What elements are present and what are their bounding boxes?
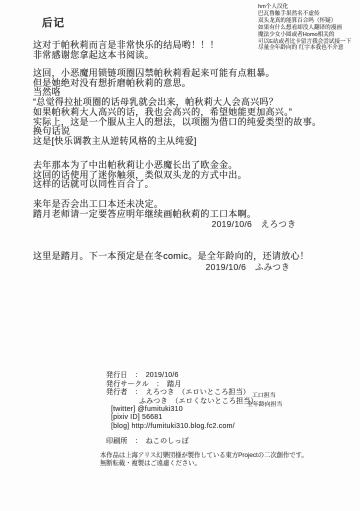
colophon-publish-date-row: 発行日 ： 2019/10/6 bbox=[106, 372, 179, 381]
copyright-disclaimer: 本作品は上海アリス幻樂団様が製作している東方Projectの二次創作です。 無断… bbox=[100, 452, 308, 468]
signature-erotsuki: 2019/10/6 えろつき bbox=[33, 220, 296, 230]
afterword-title: 后记 bbox=[42, 15, 65, 30]
colophon-publisher-note-2: 全年龄向担当 bbox=[247, 399, 282, 408]
colophon-publisher-row-1: 発行者 ： えろつき （エロいところ担当） bbox=[106, 389, 250, 398]
colophon-blog-row: [blog] http://fumituki310.blog.fc2.com/ bbox=[111, 423, 235, 432]
afterword-paragraph-3: 去年那本为了中出帕秋莉让小恶魔长出了欧金金。 这回的话使用了迷你触须，类似双头龙… bbox=[33, 161, 247, 190]
afterword-page: 后记 hm个人汉化 巴瓦鲁触手果然名不虚传 双头龙真的能算百合吗（怀疑） 如果有… bbox=[0, 0, 360, 511]
colophon-pixiv-row: [pixiv ID] 56681 bbox=[111, 414, 162, 423]
afterword-paragraph-5: 这里是踏月。下一本预定是在冬comic。是全年龄向的，还请放心！ bbox=[33, 252, 309, 262]
afterword-paragraph-4: 来年是否会出工口本还未决定。 踏月老师请一定要答应明年继续画帕秋莉的工口本啊。 bbox=[33, 200, 256, 219]
colophon-circle-row: 発行サークル ： 踏月 bbox=[106, 381, 182, 390]
translator-note: hm个人汉化 巴瓦鲁触手果然名不虚传 双头龙真的能算百合吗（怀疑） 如果有什么想… bbox=[258, 4, 358, 52]
afterword-paragraph-1: 这对于帕秋莉而言是非常快乐的结局哟！！！ 非常感谢您拿起这本书阅读。 bbox=[33, 41, 219, 60]
colophon-twitter-row: [twitter] @fumituki310 bbox=[111, 406, 183, 415]
signature-fumitsuki: 2019/10/6 ふみつき bbox=[33, 263, 290, 273]
afterword-paragraph-2: 这回，小恶魔用锁链项圈囚禁帕秋莉看起来可能有点粗暴。 但是她绝对没有想折磨帕秋莉… bbox=[33, 69, 321, 147]
colophon-printer-row: 印刷所 ： ねこのしっぽ bbox=[106, 438, 189, 447]
